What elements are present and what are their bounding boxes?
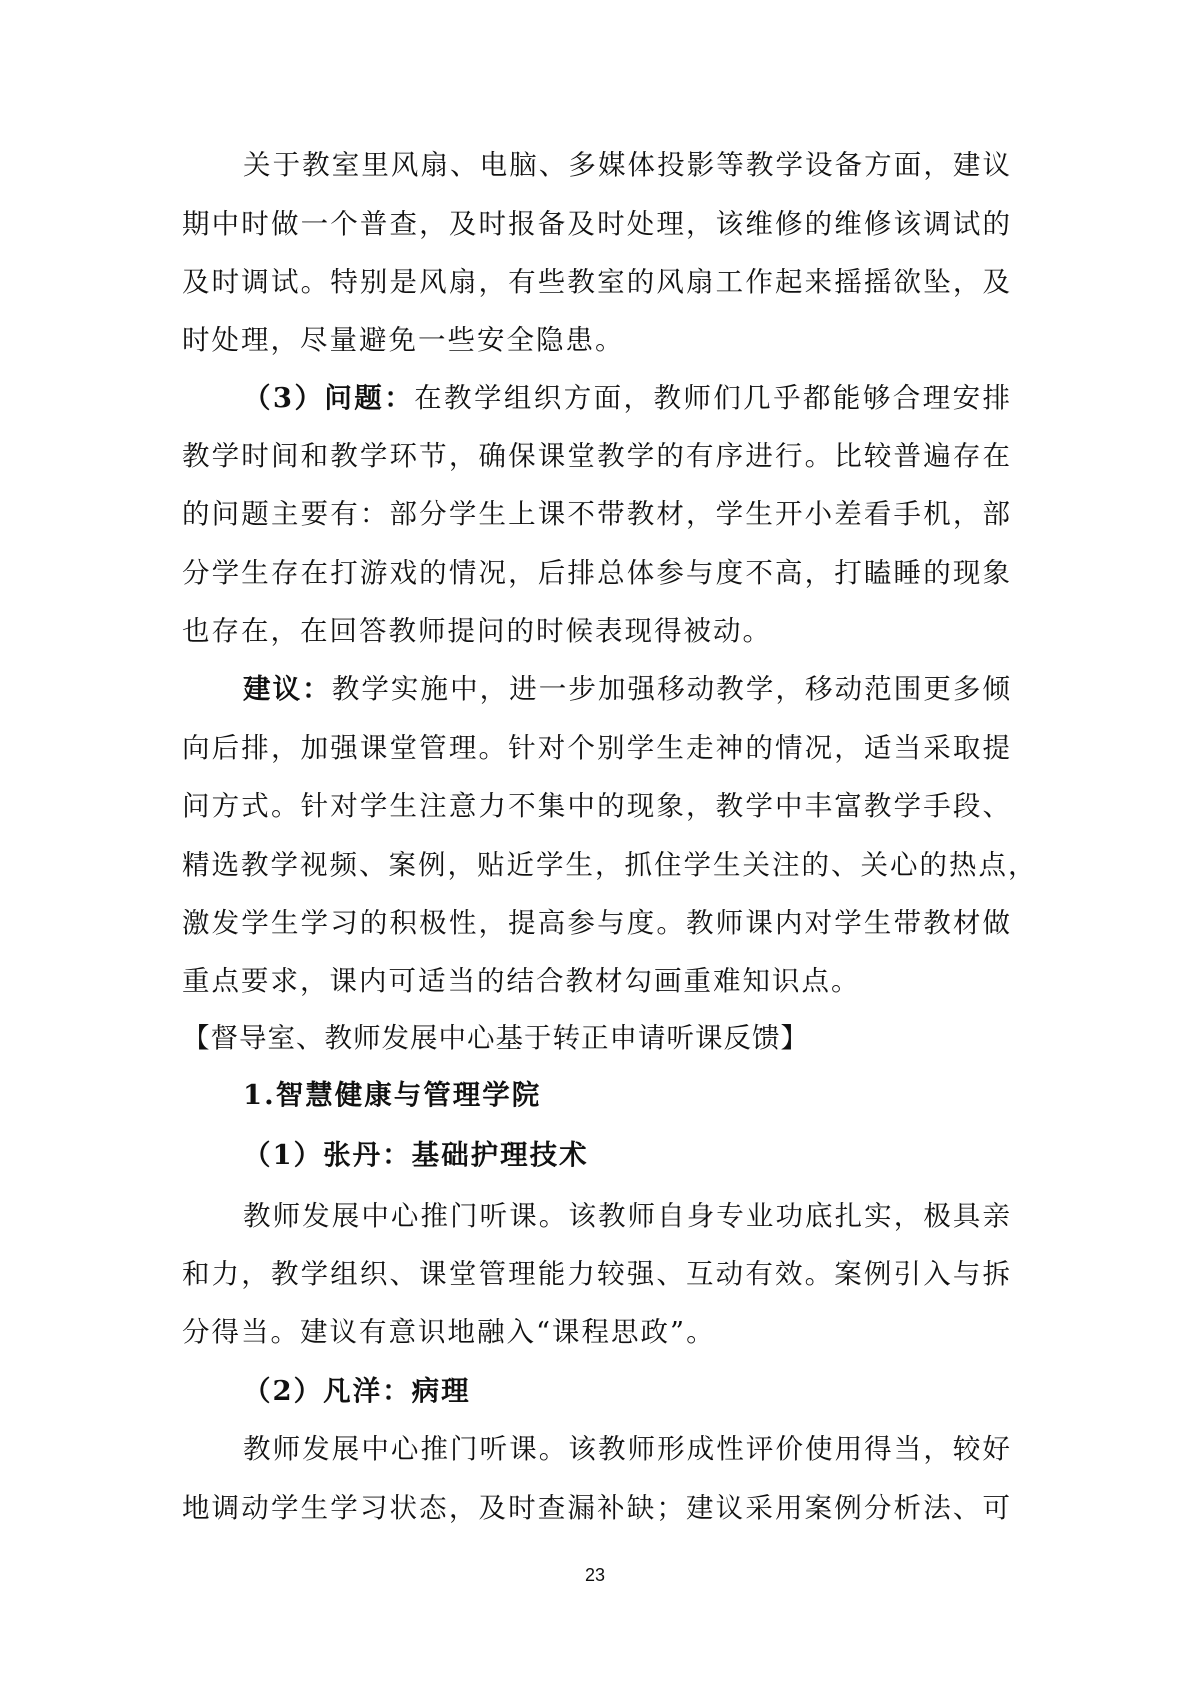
page-number: 23: [0, 1565, 1190, 1586]
suggestion-label: 建议：: [243, 673, 332, 705]
paragraph-line: 及时调试。特别是风扇，有些教室的风扇工作起来摇摇欲坠，及: [182, 262, 1012, 302]
paragraph-line: 时处理，尽量避免一些安全隐患。: [182, 320, 1012, 360]
paragraph-line: 分学生存在打游戏的情况，后排总体参与度不高，打瞌睡的现象: [182, 553, 1012, 593]
paragraph-line: 精选教学视频、案例，贴近学生，抓住学生关注的、关心的热点，: [182, 845, 1024, 885]
problem-label: （3）问题：: [243, 382, 414, 414]
paragraph-line: 的问题主要有：部分学生上课不带教材，学生开小差看手机，部: [182, 494, 1012, 534]
paragraph-line: 教学时间和教学环节，确保课堂教学的有序进行。比较普遍存在: [182, 436, 1012, 476]
paragraph-line: 激发学生学习的积极性，提高参与度。教师课内对学生带教材做: [182, 903, 1012, 943]
paragraph-line: 也存在，在回答教师提问的时候表现得被动。: [182, 611, 1012, 651]
paragraph-text: 在教学组织方面，教师们几乎都能够合理安排: [414, 382, 1012, 414]
paragraph-line: 重点要求，课内可适当的结合教材勾画重难知识点。: [182, 961, 1012, 1001]
paragraph-line: 地调动学生学习状态，及时查漏补缺；建议采用案例分析法、可: [182, 1488, 1012, 1528]
paragraph-line: 分得当。建议有意识地融入“课程思政”。: [182, 1312, 1012, 1352]
section-heading: 1.智慧健康与管理学院: [243, 1075, 1073, 1115]
item-title: （2）凡洋：病理: [243, 1371, 1073, 1411]
problem-paragraph-first-line: （3）问题：在教学组织方面，教师们几乎都能够合理安排: [243, 378, 1012, 418]
paragraph-text: 教学实施中，进一步加强移动教学，移动范围更多倾: [332, 673, 1012, 705]
item-title: （1）张丹：基础护理技术: [243, 1135, 1073, 1175]
document-page: 关于教室里风扇、电脑、多媒体投影等教学设备方面，建议 期中时做一个普查，及时报备…: [0, 0, 1190, 1683]
paragraph-line: 向后排，加强课堂管理。针对个别学生走神的情况，适当采取提: [182, 728, 1012, 768]
paragraph-line: 问方式。针对学生注意力不集中的现象，教学中丰富教学手段、: [182, 786, 1012, 826]
section-bracket-title: 【督导室、教师发展中心基于转正申请听课反馈】: [182, 1018, 1012, 1058]
paragraph-line: 期中时做一个普查，及时报备及时处理，该维修的维修该调试的: [182, 204, 1012, 244]
paragraph-line: 和力，教学组织、课堂管理能力较强、互动有效。案例引入与拆: [182, 1254, 1012, 1294]
paragraph-line: 教师发展中心推门听课。该教师自身专业功底扎实，极具亲: [243, 1196, 1012, 1236]
paragraph-line: 关于教室里风扇、电脑、多媒体投影等教学设备方面，建议: [243, 145, 1012, 185]
suggestion-paragraph-first-line: 建议：教学实施中，进一步加强移动教学，移动范围更多倾: [243, 669, 1012, 709]
paragraph-line: 教师发展中心推门听课。该教师形成性评价使用得当，较好: [243, 1429, 1012, 1469]
